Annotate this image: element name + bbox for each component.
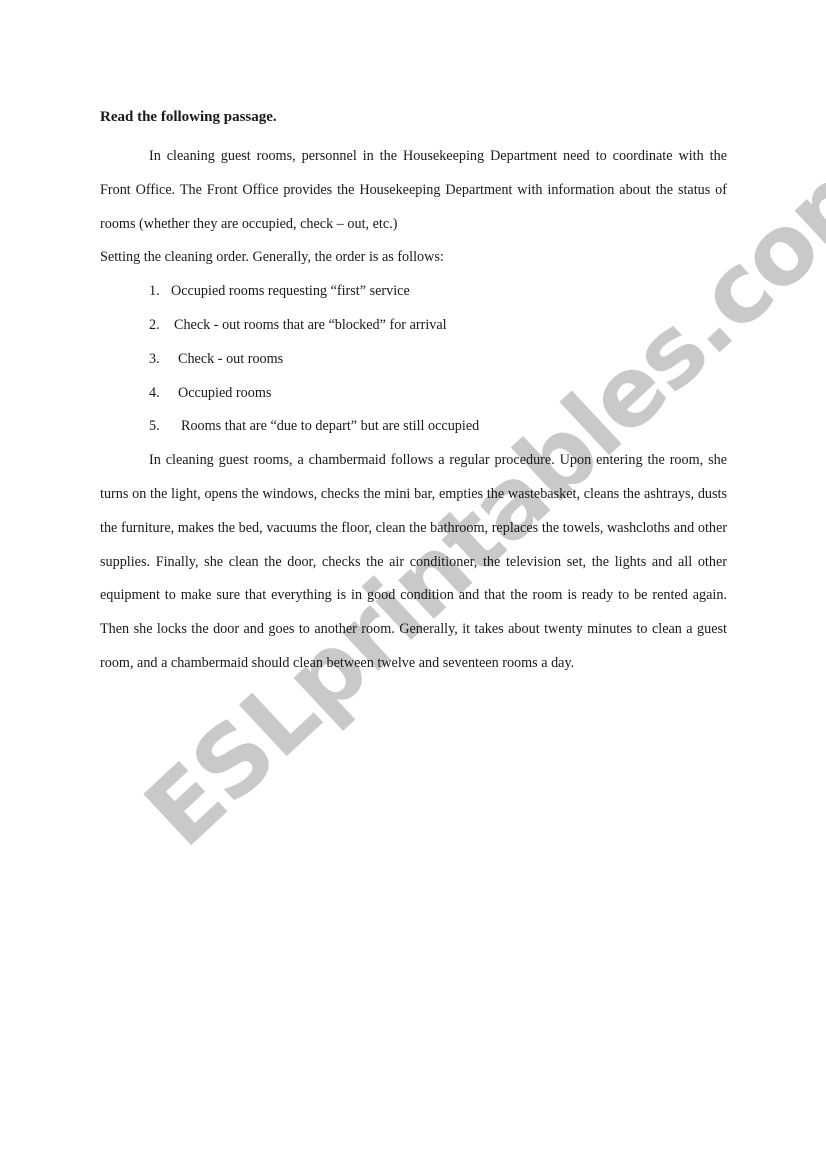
list-item-text: Check - out rooms: [178, 343, 283, 377]
cleaning-order-intro: Setting the cleaning order. Generally, t…: [100, 241, 727, 275]
list-item: 3. Check - out rooms: [149, 343, 727, 377]
paragraph-coordination: In cleaning guest rooms, personnel in th…: [100, 140, 727, 241]
worksheet-page: ESLprintables.com Read the following pas…: [0, 0, 826, 1169]
list-item-number: 4.: [149, 377, 178, 411]
list-item-number: 2.: [149, 309, 174, 343]
list-item-number: 5.: [149, 410, 181, 444]
paragraph-chambermaid-procedure: In cleaning guest rooms, a chambermaid f…: [100, 444, 727, 681]
passage-content: Read the following passage. In cleaning …: [100, 106, 727, 681]
list-item: 1. Occupied rooms requesting “first” ser…: [149, 275, 727, 309]
list-item-text: Check - out rooms that are “blocked” for…: [174, 309, 447, 343]
list-item: 5. Rooms that are “due to depart” but ar…: [149, 410, 727, 444]
list-item-text: Rooms that are “due to depart” but are s…: [181, 410, 479, 444]
list-item: 4. Occupied rooms: [149, 377, 727, 411]
list-item-text: Occupied rooms requesting “first” servic…: [171, 275, 410, 309]
list-item: 2. Check - out rooms that are “blocked” …: [149, 309, 727, 343]
list-item-text: Occupied rooms: [178, 377, 271, 411]
list-item-number: 3.: [149, 343, 178, 377]
instruction-heading: Read the following passage.: [100, 106, 727, 128]
cleaning-order-list: 1. Occupied rooms requesting “first” ser…: [100, 275, 727, 444]
list-item-number: 1.: [149, 275, 171, 309]
